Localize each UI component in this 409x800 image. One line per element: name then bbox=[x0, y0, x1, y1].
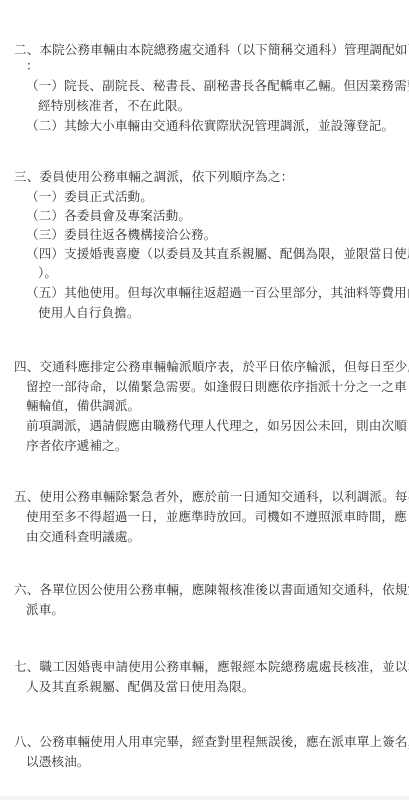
section-2-item-1: （一）院長、副院長、秘書長、副秘書長各配轎車乙輛。但因業務需要 bbox=[26, 78, 409, 94]
section-5-line-3: 由交通科查明議處。 bbox=[26, 529, 140, 545]
section-2-heading: 二、本院公務車輛由本院總務處交通科（以下簡稱交通科）管理調配如下 bbox=[14, 42, 409, 58]
section-3-item-1: （一）委員正式活動。 bbox=[26, 189, 153, 205]
page-bottom-edge bbox=[0, 796, 409, 800]
section-3-item-4: （四）支援婚喪喜慶（以委員及其直系親屬、配偶為限，並限當日使用 bbox=[26, 246, 409, 262]
section-4-line-1: 四、交通科應排定公務車輛輪派順序表，於平日依序輪派，但每日至少應 bbox=[14, 359, 409, 375]
section-3-item-5: （五）其他使用。但每次車輛往返超過一百公里部分，其油料等費用由 bbox=[26, 285, 409, 301]
section-5-line-1: 五、使用公務車輛除緊急者外，應於前一日通知交通科，以利調派。每次 bbox=[14, 489, 409, 505]
section-4-line-4: 前項調派，遇請假應由職務代理人代理之，如另因公未回，則由次順 bbox=[26, 418, 407, 434]
section-5-line-2: 使用至多不得超過一日，並應準時放回。司機如不遵照派車時間，應 bbox=[26, 509, 407, 525]
section-3-item-5-cont: 使用人自行負擔。 bbox=[38, 305, 140, 321]
section-2-item-1-cont: 經特別核准者，不在此限。 bbox=[38, 98, 190, 114]
section-3-item-2: （二）各委員會及專案活動。 bbox=[26, 208, 191, 224]
section-7-line-1: 七、職工因婚喪申請使用公務車輛，應報經本院總務處處長核准，並以本 bbox=[14, 659, 409, 675]
section-3-item-3: （三）委員往返各機構接洽公務。 bbox=[26, 227, 216, 243]
section-2-heading-cont: ： bbox=[26, 58, 39, 74]
section-2-item-2: （二）其餘大小車輛由交通科依實際狀況管理調派，並設簿登記。 bbox=[26, 118, 394, 134]
section-8-line-2: 以憑核油。 bbox=[26, 754, 89, 770]
section-4-line-2: 留控一部待命，以備緊急需要。如逢假日則應依序指派十分之一之車 bbox=[26, 379, 407, 395]
section-6-line-2: 派車。 bbox=[26, 602, 64, 618]
regulation-document: 二、本院公務車輛由本院總務處交通科（以下簡稱交通科）管理調配如下 ： （一）院長… bbox=[0, 0, 409, 800]
section-8-line-1: 八、公務車輛使用人用車完畢，經查對里程無誤後，應在派車單上簽名， bbox=[14, 734, 409, 750]
section-4-line-5: 序者依序遞補之。 bbox=[26, 438, 128, 454]
section-3-heading: 三、委員使用公務車輛之調派，依下列順序為之： bbox=[14, 169, 293, 185]
section-4-line-3: 輛輪值，備供調派。 bbox=[26, 398, 140, 414]
section-7-line-2: 人及其直系親屬、配偶及當日使用為限。 bbox=[26, 679, 255, 695]
section-6-line-1: 六、各單位因公使用公務車輛，應陳報核准後以書面通知交通科，依規定 bbox=[14, 582, 409, 598]
section-3-item-4-cont: ）。 bbox=[38, 265, 57, 281]
